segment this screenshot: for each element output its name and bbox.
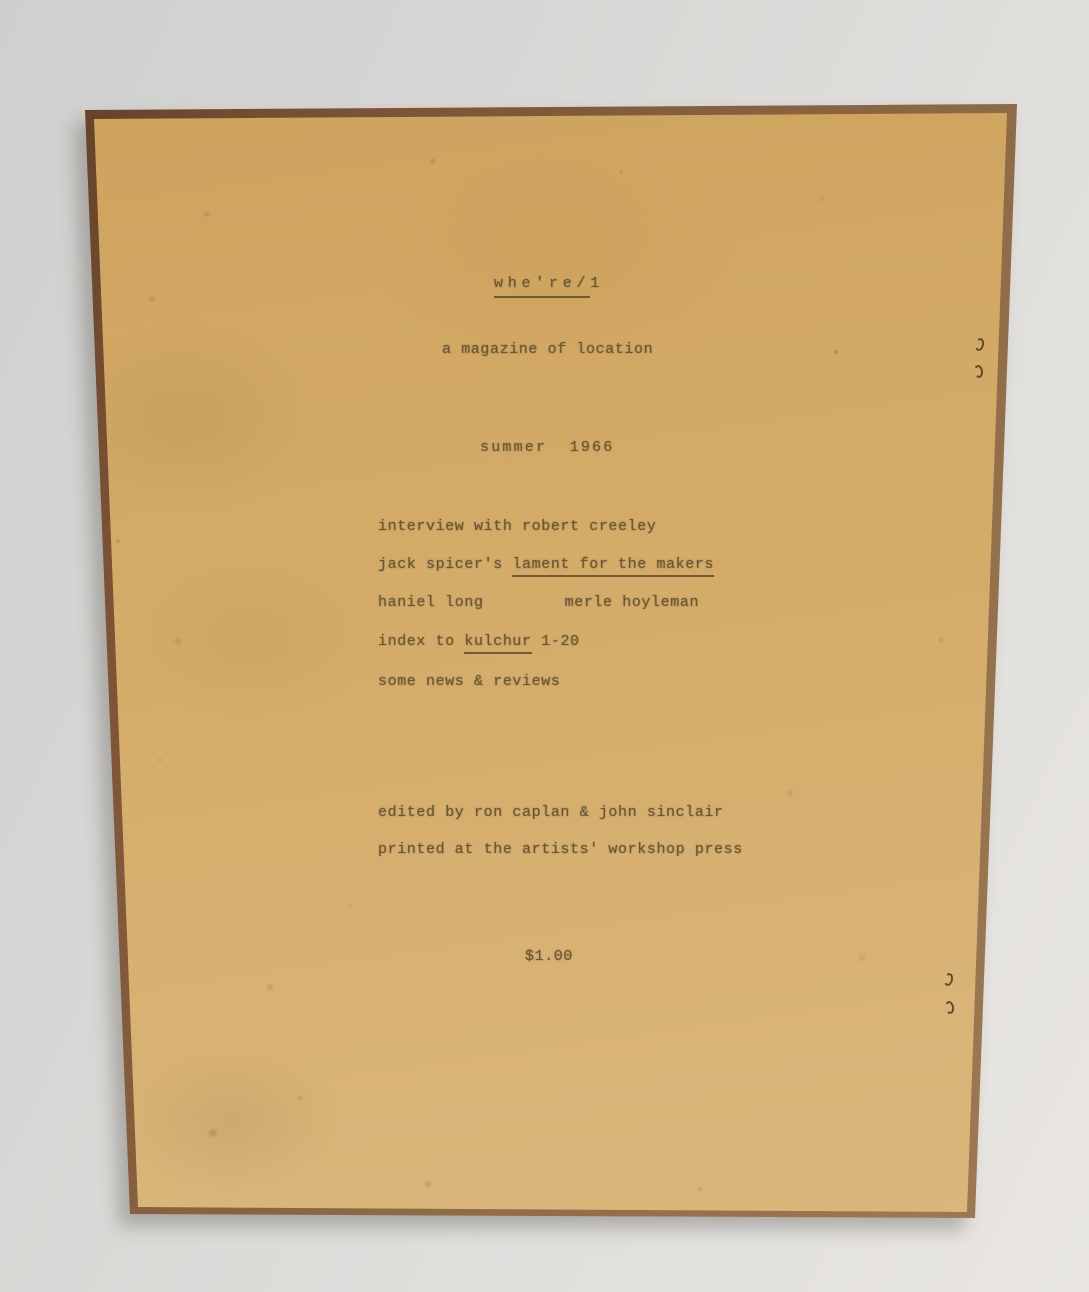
contents-line-spicer: jack spicer's lament for the makers [378,556,714,574]
contents-line-spicer-title: lament for the makers [512,556,714,577]
contents-line-kulchur-title: kulchur [464,633,531,654]
magazine-title: whe're/1 [494,275,604,293]
magazine-cover: whe're/1 a magazine of location summer 1… [0,0,1089,1292]
magazine-issue-number: 1 [590,275,604,292]
contents-line-spicer-prefix: jack spicer's [378,556,512,573]
photo-background: whe're/1 a magazine of location summer 1… [0,0,1089,1292]
price: $1.00 [525,948,573,966]
magazine-title-word: whe're/ [494,275,590,298]
magazine-subtitle: a magazine of location [442,341,653,359]
author-left: haniel long [378,594,484,611]
cover-text-layer: whe're/1 a magazine of location summer 1… [0,0,1089,1292]
contents-line-authors: haniel longmerle hoyleman [378,594,699,612]
contents-line-news: some news & reviews [378,673,560,691]
credit-editors: edited by ron caplan & john sinclair [378,804,724,822]
contents-line-kulchur-prefix: index to [378,633,464,650]
contents-line-kulchur-suffix: 1-20 [532,633,580,650]
credit-printer: printed at the artists' workshop press [378,841,743,859]
issue-date: summer 1966 [480,439,614,457]
contents-line-creeley: interview with robert creeley [378,518,656,536]
author-right: merle hoyleman [565,594,699,611]
contents-line-kulchur: index to kulchur 1-20 [378,633,580,651]
